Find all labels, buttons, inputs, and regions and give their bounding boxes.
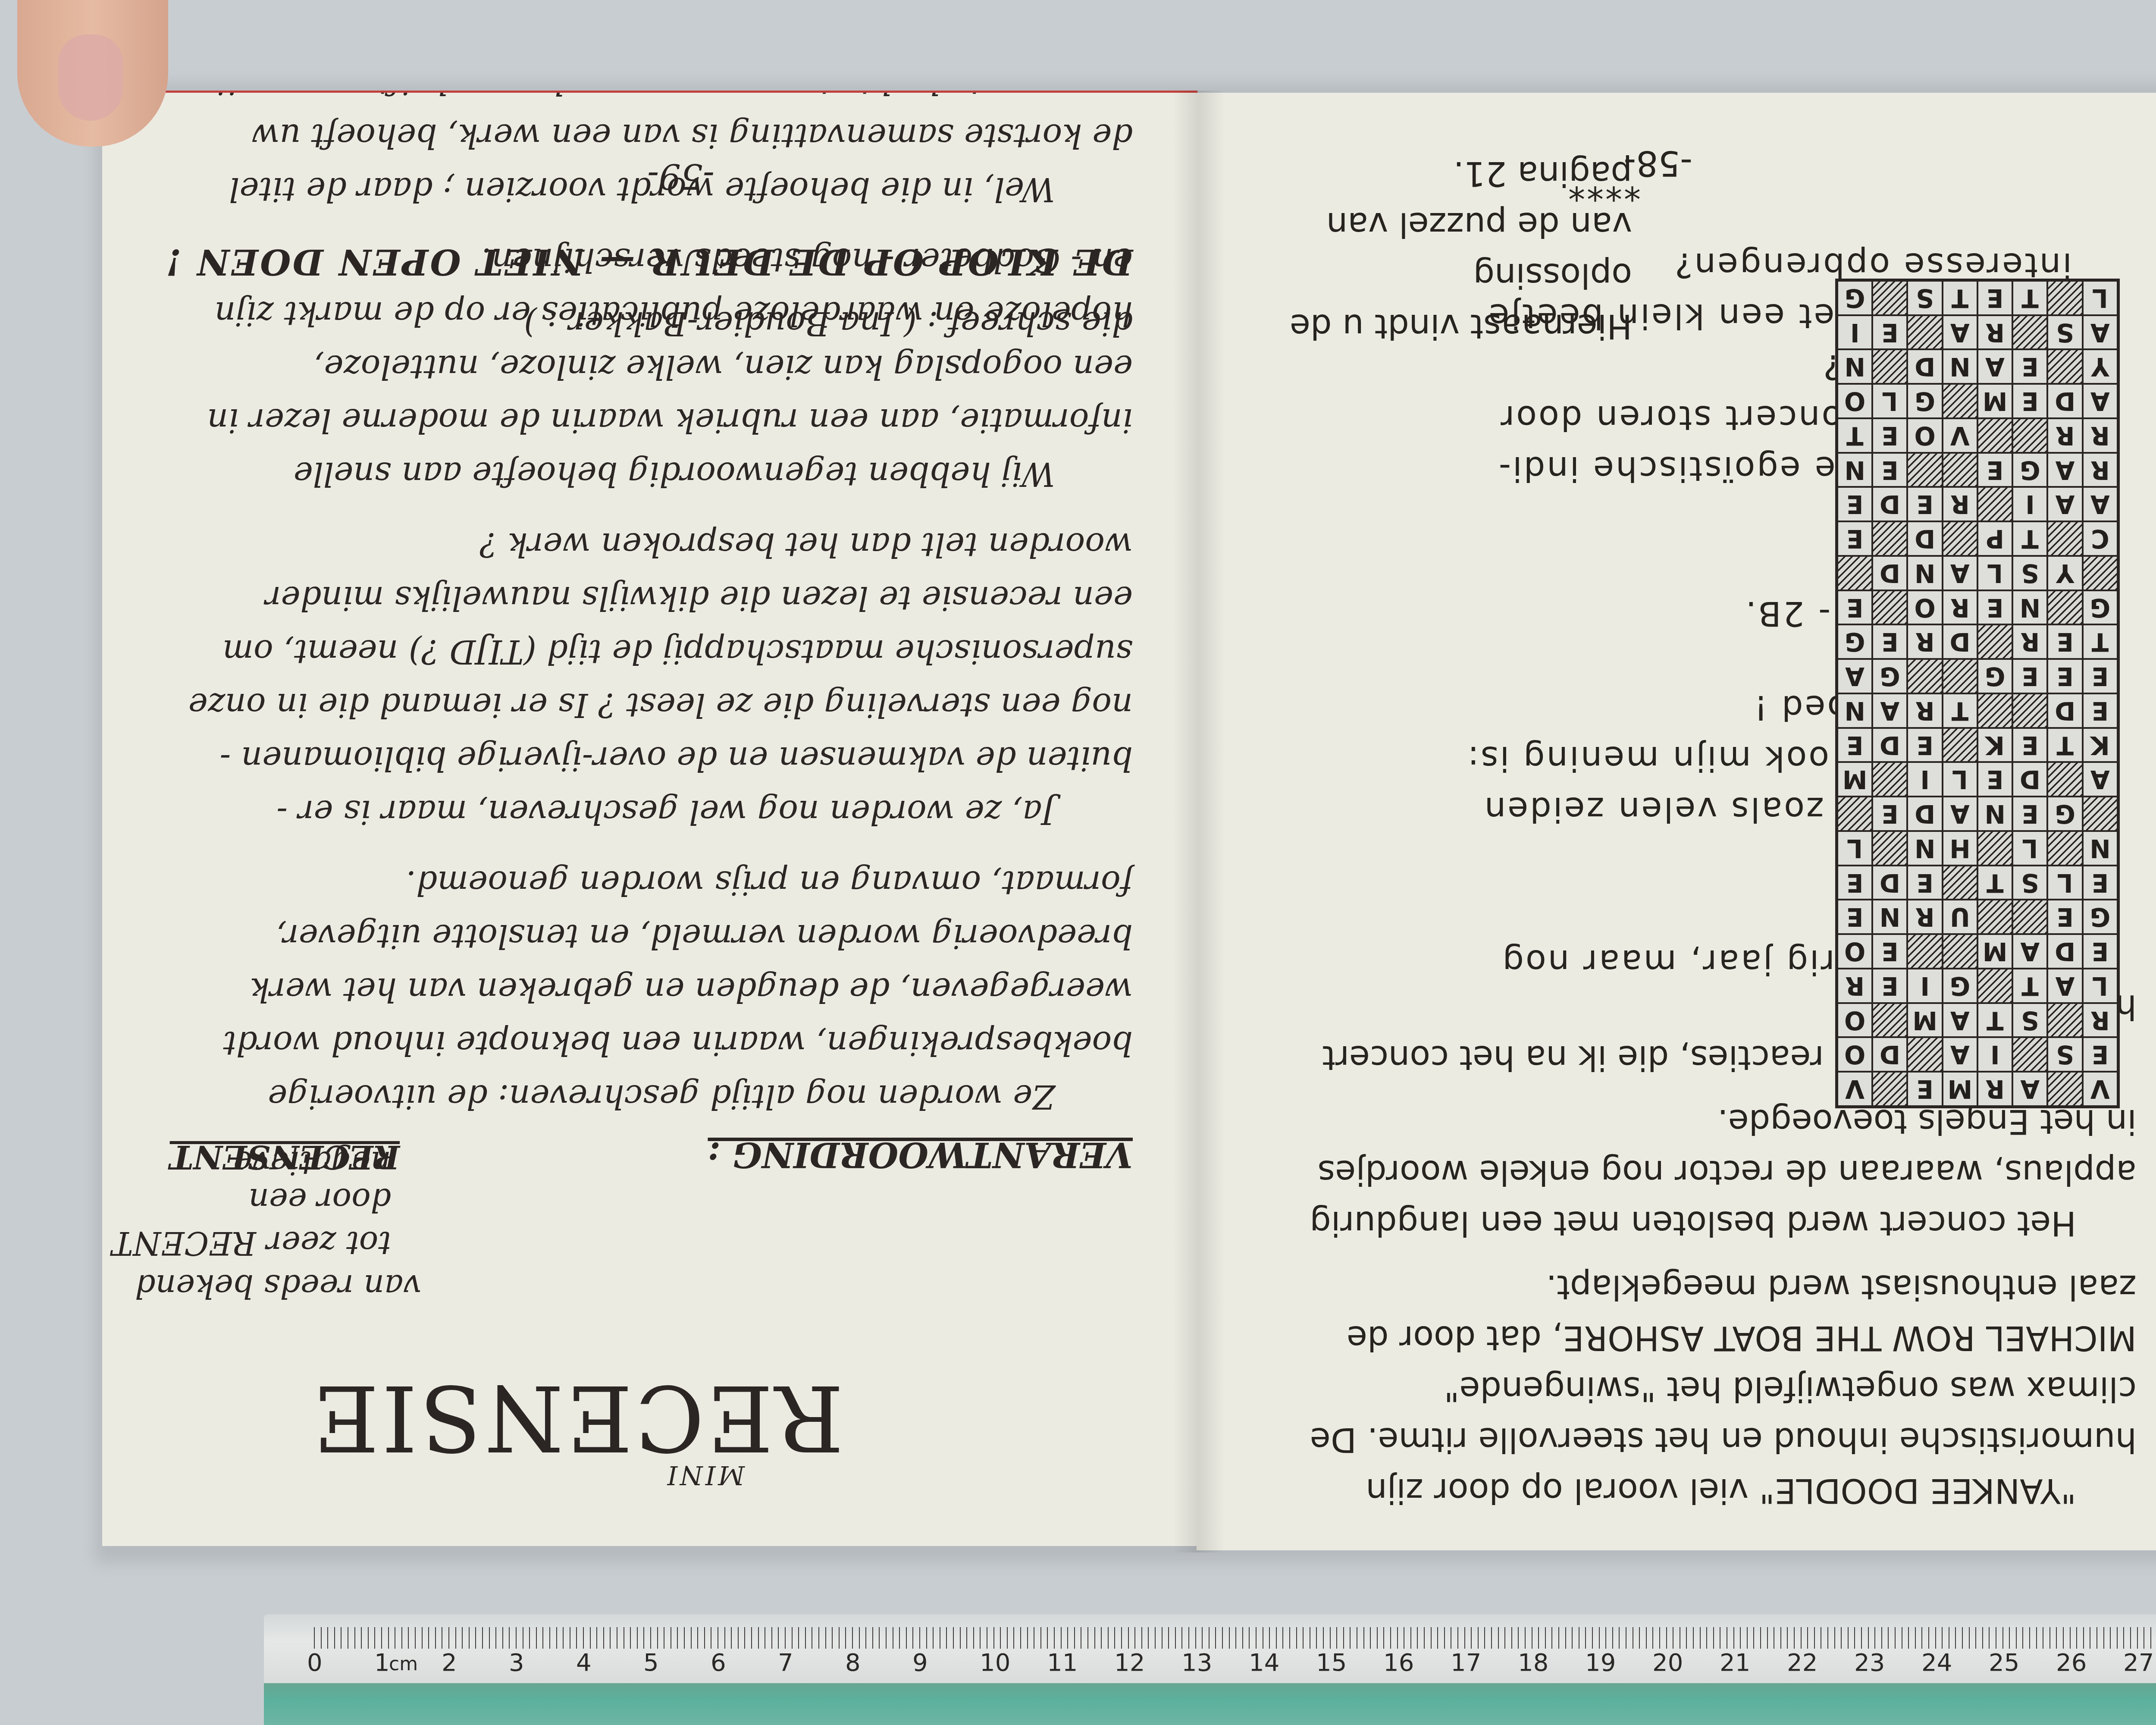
puzzle-letter-cell: D [2048,384,2083,418]
puzzle-block-cell [2048,831,2083,866]
puzzle-letter-cell: R [2083,453,2118,487]
ruler-number: 22 [1787,1649,1818,1677]
puzzle-letter-cell: T [2083,625,2118,659]
ruler-number: 4 [576,1649,592,1677]
puzzle-letter-cell: R [1943,487,1977,522]
puzzle-letter-cell: E [2048,900,2083,935]
puzzle-letter-cell: E [1908,1072,1943,1106]
ruler-number: 8 [845,1649,861,1677]
puzzle-letter-cell: Y [2083,350,2118,384]
puzzle-letter-cell: G [2083,590,2118,625]
puzzle-block-cell [1872,281,1907,315]
puzzle-block-cell [2012,315,2047,350]
puzzle-block-cell [1908,934,1943,969]
book-gutter [1173,91,1225,1552]
subtitle-line-2: tot zeer RECENT [112,1224,392,1261]
puzzle-letter-cell: E [1977,590,2012,625]
puzzle-block-cell [2048,1003,2083,1038]
puzzle-letter-cell: E [2048,625,2083,659]
puzzle-letter-cell: S [2012,556,2047,590]
puzzle-block-cell [1977,487,2012,522]
ruler-number: 14 [1249,1649,1279,1677]
puzzle-letter-cell: D [1872,866,1907,900]
puzzle-letter-cell: R [2012,625,2047,659]
ruler-number: 7 [778,1649,793,1677]
puzzle-letter-cell: S [2048,1038,2083,1072]
puzzle-letter-cell: E [1872,453,1907,487]
puzzle-letter-cell: S [2048,315,2083,350]
puzzle-letter-cell: E [1872,315,1907,350]
puzzle-block-cell [1977,900,2012,935]
puzzle-block-cell [1943,728,1977,762]
page-number-left: -59- [647,156,714,196]
puzzle-block-cell [2048,521,2083,556]
puzzle-letter-cell: K [1977,728,2012,762]
puzzle-letter-cell: P [1977,521,2012,556]
puzzle-letter-cell: S [2012,866,2047,900]
puzzle-letter-cell: E [2012,728,2047,762]
puzzle-block-cell [1908,315,1943,350]
puzzle-letter-cell: D [1872,728,1907,762]
paragraph: Ze worden nog altijd geschreven: de uitv… [184,856,1133,1123]
puzzle-block-cell [1943,384,1977,418]
puzzle-letter-cell: A [1837,659,1872,693]
puzzle-letter-cell: E [1908,487,1943,522]
puzzle-letter-cell: A [2048,453,2083,487]
ruler-number: 26 [2056,1649,2087,1677]
puzzle-letter-cell: E [2083,1038,2118,1072]
puzzle-letter-cell: E [1908,866,1943,900]
puzzle-letter-cell: I [2012,487,2047,522]
puzzle-block-cell [1908,1038,1943,1072]
puzzle-letter-cell: L [2083,969,2118,1003]
puzzle-letter-cell: A [2083,762,2118,797]
puzzle-block-cell [2012,1038,2047,1072]
puzzle-block-cell [1977,969,2012,1003]
puzzle-letter-cell: E [1872,797,1907,831]
puzzle-letter-cell: E [1837,900,1872,935]
right-page: "YANKEE DOODLE" viel vooral op door zijn… [1197,93,2156,1550]
paragraph: Het concert werd besloten met een langdu… [1296,1096,2137,1248]
puzzle-letter-cell: E [1872,625,1907,659]
puzzle-letter-cell: T [2048,728,2083,762]
closing-line: DE KLOP OP DE DEUR — NIET OPEN DOEN ! [164,241,1133,282]
puzzle-letter-cell: R [1943,590,1977,625]
puzzle-letter-cell: G [2048,797,2083,831]
left-page-content: MINI RECENSIE van reeds bekend tot zeer … [102,93,1197,1546]
paragraph: Wel, in die behoefte wordt voorzien ; da… [184,91,1133,216]
puzzle-block-cell [1872,521,1907,556]
puzzle-letter-cell: M [1837,762,1872,797]
puzzle-letter-cell: L [2012,831,2047,866]
puzzle-block-cell [2048,281,2083,315]
puzzle-letter-cell: E [1977,281,2012,315]
puzzle-letter-cell: A [2083,315,2118,350]
puzzle-letter-cell: T [2012,521,2047,556]
ruler-number: 16 [1383,1649,1414,1677]
puzzle-letter-cell: E [2012,384,2047,418]
puzzle-solution-grid: VARMEVESIADORSTAMOLATGIEREDAMEOGEURNEELS… [1835,279,2120,1108]
ruler-numbers: 0123456789101112131415161718192021222324… [264,1649,2156,1675]
puzzle-letter-cell: O [1837,934,1872,969]
ruler-unit-label: cm [389,1653,418,1675]
puzzle-letter-cell: G [1872,659,1907,693]
puzzle-letter-cell: I [1908,762,1943,797]
puzzle-letter-cell: L [1837,831,1872,866]
puzzle-letter-cell: I [1837,315,1872,350]
puzzle-letter-cell: E [2083,934,2118,969]
ruler-scale: 0123456789101112131415161718192021222324… [264,1614,2156,1683]
puzzle-letter-cell: G [1977,659,2012,693]
puzzle-letter-cell: E [2048,659,2083,693]
paragraph: "YANKEE DOODLE" viel vooral op door zijn… [1296,1261,2137,1516]
puzzle-letter-cell: G [1943,969,1977,1003]
puzzle-letter-cell: T [1837,418,1872,453]
ruler-number: 5 [643,1649,659,1677]
puzzle-letter-cell: R [1908,900,1943,935]
puzzle-block-cell [1872,350,1907,384]
puzzle-letter-cell: I [1977,1038,2012,1072]
puzzle-block-cell [1837,797,1872,831]
ruler-number: 11 [1047,1649,1078,1677]
puzzle-letter-cell: E [2012,797,2047,831]
puzzle-letter-cell: M [1908,1003,1943,1038]
puzzle-letter-cell: M [1977,934,2012,969]
subtitle-line-1: van reeds bekend [135,1267,421,1305]
puzzle-letter-cell: E [2083,693,2118,728]
puzzle-letter-cell: U [1943,900,1977,935]
ruler-number: 23 [1854,1649,1885,1677]
puzzle-block-cell [1872,590,1907,625]
puzzle-letter-cell: A [1943,797,1977,831]
ruler-number: 10 [980,1649,1010,1677]
puzzle-block-cell [1977,693,2012,728]
puzzle-letter-cell: O [1837,1003,1872,1038]
puzzle-letter-cell: A [1872,693,1907,728]
puzzle-letter-cell: A [2048,969,2083,1003]
puzzle-block-cell [2048,1072,2083,1106]
puzzle-letter-cell: A [2083,487,2118,522]
puzzle-letter-cell: G [1837,625,1872,659]
puzzle-letter-cell: A [1943,556,1977,590]
fingernail [58,34,123,121]
puzzle-letter-cell: L [1977,556,2012,590]
ruler-green-edge [264,1683,2156,1725]
puzzle-letter-cell: A [2048,487,2083,522]
puzzle-letter-cell: R [1977,315,2012,350]
puzzle-letter-cell: E [1977,762,2012,797]
puzzle-block-cell [2083,556,2118,590]
puzzle-letter-cell: N [1837,453,1872,487]
puzzle-block-cell [1908,659,1943,693]
puzzle-block-cell [1977,625,2012,659]
puzzle-letter-cell: E [2083,866,2118,900]
puzzle-letter-cell: E [1872,969,1907,1003]
puzzle-letter-cell: E [2083,659,2118,693]
puzzle-block-cell [1837,556,1872,590]
puzzle-block-cell [2083,797,2118,831]
puzzle-letter-cell: G [1837,281,1872,315]
puzzle-letter-cell: N [1837,350,1872,384]
puzzle-letter-cell: S [2012,1003,2047,1038]
puzzle-letter-cell: L [1872,384,1907,418]
puzzle-block-cell [2048,590,2083,625]
footer-line: van de puzzel van pagina 21. [1244,148,1632,250]
puzzle-block-cell [1943,866,1977,900]
puzzle-letter-cell: R [2083,1003,2118,1038]
puzzle-letter-cell: E [1872,418,1907,453]
puzzle-letter-cell: O [1837,1038,1872,1072]
puzzle-letter-cell: T [1943,281,1977,315]
ruler-ticks [314,1627,2156,1649]
puzzle-letter-cell: E [1837,487,1872,522]
puzzle-letter-cell: R [2048,418,2083,453]
puzzle-block-cell [2012,418,2047,453]
puzzle-letter-cell: M [1977,384,2012,418]
reviewer-tag: RECENSENT [170,1138,400,1175]
puzzle-block-cell [2048,350,2083,384]
puzzle-letter-cell: V [2083,1072,2118,1106]
puzzle-letter-cell: A [2012,1072,2047,1106]
puzzle-letter-cell: O [1837,384,1872,418]
puzzle-letter-cell: N [2012,590,2047,625]
puzzle-letter-cell: A [1943,1003,1977,1038]
puzzle-letter-cell: L [2083,281,2118,315]
puzzle-block-cell [1908,453,1943,487]
puzzle-letter-cell: T [1977,1003,2012,1038]
puzzle-block-cell [1943,521,1977,556]
right-page-content: "YANKEE DOODLE" viel vooral op door zijn… [1197,93,2156,1550]
puzzle-block-cell [1943,453,1977,487]
ruler-number: 18 [1518,1649,1548,1677]
ruler-number: 2 [442,1649,457,1677]
paragraph: Ja, ze worden nog wel geschreven, maar i… [184,518,1133,839]
ruler-number: 25 [1989,1649,2019,1677]
puzzle-letter-cell: N [1872,900,1907,935]
puzzle-letter-cell: A [1977,350,2012,384]
puzzle-block-cell [1943,659,1977,693]
puzzle-block-cell [1872,1003,1907,1038]
puzzle-letter-cell: G [1908,384,1943,418]
puzzle-letter-cell: E [2012,350,2047,384]
puzzle-letter-cell: N [1837,693,1872,728]
puzzle-letter-cell: N [1943,350,1977,384]
puzzle-block-cell [1872,1072,1907,1106]
puzzle-letter-cell: D [1908,521,1943,556]
footer-line: Hiernaast vindt u de oplossing [1244,250,1632,351]
puzzle-letter-cell: N [1908,831,1943,866]
title-recensie: RECENSIE [310,1365,844,1471]
attribution: die schreef : ( Ina Boudier-Bakker : ) [163,304,1133,343]
puzzle-block-cell [1943,934,1977,969]
puzzle-letter-cell: N [1977,797,2012,831]
puzzle-letter-cell: D [2012,762,2047,797]
ruler-number: 0 [307,1649,323,1677]
puzzle-letter-cell: L [2048,866,2083,900]
puzzle-letter-cell: Y [2048,556,2083,590]
puzzle-letter-cell: I [1908,969,1943,1003]
puzzle-letter-cell: A [2083,384,2118,418]
ruler: 0123456789101112131415161718192021222324… [264,1614,2156,1725]
puzzle-letter-cell: T [2012,969,2047,1003]
ruler-number: 13 [1181,1649,1212,1677]
ruler-number: 19 [1585,1649,1616,1677]
puzzle-letter-cell: T [2012,281,2047,315]
ruler-number: 24 [1921,1649,1952,1677]
puzzle-letter-cell: D [1943,625,1977,659]
puzzle-letter-cell: D [2048,693,2083,728]
puzzle-letter-cell: D [2048,934,2083,969]
puzzle-letter-cell: R [1908,625,1943,659]
section-heading: VERANTWOORDING : [708,1135,1133,1175]
puzzle-letter-cell: D [1872,1038,1907,1072]
puzzle-letter-cell: E [1837,866,1872,900]
ruler-number: 12 [1114,1649,1145,1677]
ruler-number: 1 [374,1649,390,1677]
puzzle-letter-cell: E [1837,590,1872,625]
puzzle-letter-cell: C [2083,521,2118,556]
puzzle-block-cell [2012,693,2047,728]
ruler-number: 3 [509,1649,524,1677]
puzzle-letter-cell: H [1943,831,1977,866]
puzzle-footer: Hiernaast vindt u de oplossing van de pu… [1244,148,1632,351]
puzzle-block-cell [1872,762,1907,797]
puzzle-letter-cell: A [1943,1038,1977,1072]
puzzle-letter-cell: O [1908,590,1943,625]
puzzle-letter-cell: V [1943,418,1977,453]
left-page: MINI RECENSIE van reeds bekend tot zeer … [102,91,1197,1546]
puzzle-letter-cell: V [1837,1072,1872,1106]
puzzle-letter-cell: T [1977,866,2012,900]
puzzle-letter-cell: R [1837,969,1872,1003]
ruler-number: 9 [912,1649,928,1677]
ruler-number: 27 [2123,1649,2154,1677]
ruler-number: 17 [1451,1649,1481,1677]
puzzle-letter-cell: T [1943,693,1977,728]
puzzle-letter-cell: E [1837,728,1872,762]
puzzle-letter-cell: A [1943,315,1977,350]
puzzle-letter-cell: S [1908,281,1943,315]
puzzle-letter-cell: D [1908,797,1943,831]
puzzle-block-cell [2012,900,2047,935]
puzzle-letter-cell: E [1977,453,2012,487]
puzzle-letter-cell: D [1872,487,1907,522]
puzzle-letter-cell: E [2012,659,2047,693]
puzzle-letter-cell: R [1977,1072,2012,1106]
puzzle-letter-cell: E [1872,934,1907,969]
ruler-number: 15 [1316,1649,1347,1677]
puzzle-letter-cell: L [1943,762,1977,797]
puzzle-letter-cell: D [1908,350,1943,384]
finger-holding-page [17,0,168,147]
puzzle-letter-cell: G [2083,900,2118,935]
puzzle-block-cell [1977,418,2012,453]
puzzle-letter-cell: D [1872,556,1907,590]
page-number-right: -58- [1623,143,1692,183]
ruler-number: 20 [1652,1649,1683,1677]
puzzle-block-cell [1872,831,1907,866]
puzzle-letter-cell: O [1908,418,1943,453]
puzzle-letter-cell: A [2012,934,2047,969]
puzzle-letter-cell: E [1837,521,1872,556]
puzzle-block-cell [2048,762,2083,797]
puzzle-letter-cell: R [1908,693,1943,728]
puzzle-letter-cell: M [1943,1072,1977,1106]
puzzle-letter-cell: N [1908,556,1943,590]
puzzle-letter-cell: N [2083,831,2118,866]
puzzle-letter-cell: E [1908,728,1943,762]
puzzle-block-cell [1977,831,2012,866]
ruler-number: 6 [711,1649,726,1677]
puzzle-letter-cell: K [2083,728,2118,762]
puzzle-letter-cell: R [2083,418,2118,453]
ruler-number: 21 [1720,1649,1750,1677]
puzzle-letter-cell: G [2012,453,2047,487]
